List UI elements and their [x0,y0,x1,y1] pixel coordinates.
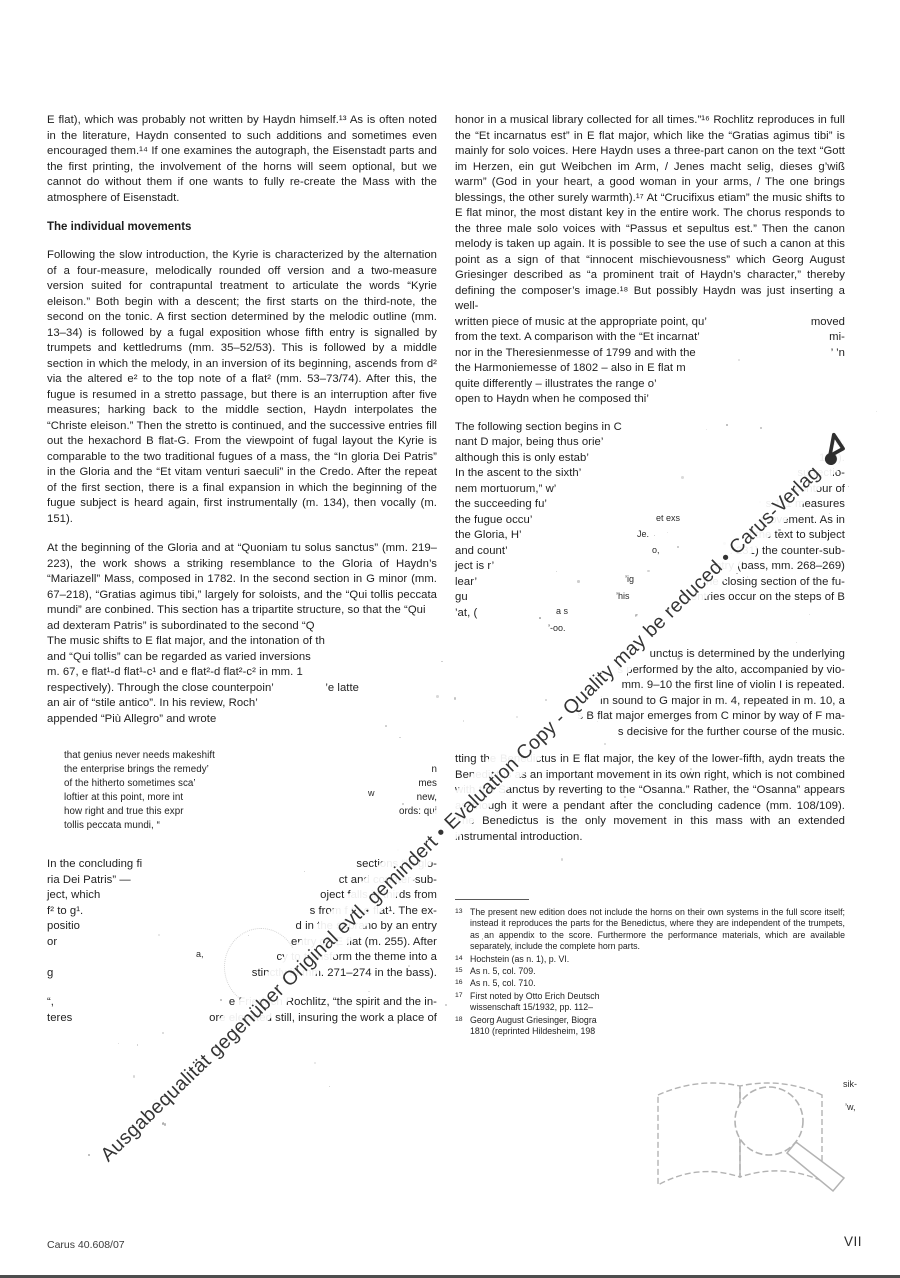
text-fragment: the succeeding fu’ [455,497,547,513]
text-line: loftier at this point, more intnew, [64,791,437,805]
text-line: an air of “stile antico”. In his review,… [47,696,437,712]
footnote-list: 13The present new edition does not inclu… [455,907,845,1037]
footnote-number: 13 [455,907,470,953]
text-fragment: In the concluding fi [47,857,142,873]
paragraph-horns: E flat), which was probably not written … [47,113,437,206]
text-line: open to Haydn when he composed thi’ [455,392,845,408]
text-line: the Gloria, H’f the text to subject [455,528,845,544]
text-line: and “Qui tollis” can be regarded as vari… [47,650,437,666]
text-fragment: ’e latte [325,681,359,697]
text-fragment: nant D major, being thus orie’ [455,435,603,451]
text-line: quite differently – illustrates the rang… [455,377,845,393]
fragmented-lines-gloria: ad dexteram Patris” is subordinated to t… [47,619,437,728]
text-fragment: ’his [616,591,630,601]
text-line: from the text. A comparison with the “Et… [455,330,845,346]
footnote-rule [455,899,529,900]
text-line: mm. 9–10 the first line of violin I is r… [455,678,845,694]
text-fragment: n [432,763,438,777]
text-fragment: a s [556,606,568,616]
text-fragment: of the hitherto sometimes sca’ [64,777,196,791]
text-fragment: the fugue occu’ [455,513,532,529]
text-fragment: although this is only estab’ [455,451,589,467]
footnote-text: The present new edition does not include… [470,907,845,953]
text-line: The music shifts to E flat major, and th… [47,634,437,650]
text-line: the Harmoniemesse of 1802 – also in E fl… [455,361,845,377]
text-fragment: o, [652,545,660,555]
right-column: honor in a musical library collected for… [455,113,845,1038]
text-line: nor in the Theresienmesse of 1799 and wi… [455,346,845,362]
fragmented-lines-sanctus: unctus is determined by the underlyings … [455,647,845,740]
text-fragment: mm. 9–10 the first line of violin I is r… [622,678,845,694]
text-fragment: appended “Più Allegro” and wrote [47,712,216,728]
text-fragment: s decisive for the further course of the… [618,725,845,741]
text-line: written piece of music at the appropriat… [455,315,845,331]
text-fragment: et exs [656,513,680,523]
text-fragment: entries occur on the steps of B [691,590,845,606]
book-magnifier-icon [648,1073,883,1218]
text-fragment: teres [47,1011,72,1027]
text-fragment: The following section begins in C [455,420,622,436]
text-fragment: nor in the Theresienmesse of 1799 and wi… [455,346,696,362]
text-fragment: s performed by the alto, accompanied by … [617,663,845,679]
fragmented-lines-credo: written piece of music at the appropriat… [455,315,845,408]
text-fragment: Je. [637,529,649,539]
text-line: the enterprise brings the remedy’n [64,763,437,777]
text-fragment: and “Qui tollis” can be regarded as vari… [47,650,311,666]
text-fragment: s B flat major emerges from C minor by w… [578,709,845,725]
text-fragment: in sound to G major in m. 4, repeated in… [600,694,845,710]
text-fragment: ject is r’ [455,559,494,575]
text-fragment: ’ ’n [831,346,845,362]
footnotes: 13The present new edition does not inclu… [455,899,845,1037]
text-fragment: unctus is determined by the underlying [650,647,845,663]
text-line: how right and true this exprords: qui [64,805,437,819]
footnote-number: 16 [455,978,470,989]
text-fragment: or [47,935,57,951]
footnote-number: 17 [455,991,470,1014]
text-line: ject is r’ntry (bass, mm. 268–269) [455,559,845,575]
text-line: respectively). Through the close counter… [47,681,437,697]
text-fragment: the enterprise brings the remedy’ [64,763,209,777]
text-line: that genius never needs makeshift [64,749,437,763]
footnote-number: 18 [455,1015,470,1038]
text-fragment: open to Haydn when he composed thi’ [455,392,649,408]
text-fragment: ad dexteram Patris” is subordinated to t… [47,619,315,635]
text-fragment: mi- [829,330,845,346]
text-fragment: new, [417,791,437,805]
paragraph-credo: honor in a musical library collected for… [455,113,845,315]
footnote-number: 14 [455,954,470,965]
text-fragment: f² to g¹. [47,904,83,920]
text-fragment: the Gloria, H’ [455,528,522,544]
text-fragment: a, [196,949,204,959]
text-fragment: positio [47,919,80,935]
footnote-number: 15 [455,966,470,977]
text-fragment: moved [811,315,845,331]
text-fragment: loftier at this point, more int [64,791,183,805]
text-line: m. 67, e flat¹-d flat¹-c¹ and e flat²-d … [47,665,437,681]
footnote-text: First noted by Otto Erich Deutsch wissen… [470,991,845,1014]
text-line: s B flat major emerges from C minor by w… [455,709,845,725]
footnote-text: Hochstein (as n. 1), p. VI. [470,954,845,965]
text-fragment: an air of “stile antico”. In his review,… [47,696,258,712]
footnote-entry: 15As n. 5, col. 709. [455,966,845,977]
text-line: The following section begins in C [455,420,845,436]
footnote-entry: 18Georg August Griesinger, Biogra 1810 (… [455,1015,845,1038]
text-line: of the hitherto sometimes sca’mes [64,777,437,791]
footnote-entry: 16As n. 5, col. 710. [455,978,845,989]
text-fragment: and count’ [455,544,508,560]
footnote-text: As n. 5, col. 710. [470,978,845,989]
section-heading: The individual movements [47,220,437,235]
text-fragment: quite differently – illustrates the rang… [455,377,657,393]
text-line: in sound to G major in m. 4, repeated in… [455,694,845,710]
text-fragment: lear’ [455,575,477,591]
text-fragment: respectively). Through the close counter… [47,681,274,697]
text-fragment: how right and true this expr [64,805,184,819]
text-line: although this is only estab’193). [455,451,845,467]
text-line: and count’. 231) the counter-sub- [455,544,845,560]
text-fragment: ’ig [625,574,634,584]
text-fragment: w [368,788,375,798]
footnote-entry: 13The present new edition does not inclu… [455,907,845,953]
text-fragment: “, [47,995,54,1011]
footnote-text: As n. 5, col. 709. [470,966,845,977]
text-fragment: nem mortuorum,” w’ [455,482,556,498]
text-fragment: gu [455,590,468,606]
footnote-entry: 14Hochstein (as n. 1), p. VI. [455,954,845,965]
text-line: s performed by the alto, accompanied by … [455,663,845,679]
block-quote-rochlitz: that genius never needs makeshiftthe ent… [47,749,437,833]
text-line: appended “Più Allegro” and wrote [47,712,437,728]
text-fragment: ject, which [47,888,100,904]
text-fragment: that genius never needs makeshift [64,749,215,763]
footnote-text: Georg August Griesinger, Biogra 1810 (re… [470,1015,845,1038]
document-page: E flat), which was probably not written … [0,0,900,1278]
footer-catalog-number: Carus 40.608/07 [47,1239,125,1251]
text-fragment: written piece of music at the appropriat… [455,315,707,331]
fragmented-lines-resurrexit: The following section begins in Cnant D … [455,420,845,622]
text-fragment: tollis peccata mundi, “ [64,819,160,833]
text-fragment: m. 67, e flat¹-d flat¹-c¹ and e flat²-d … [47,665,303,681]
text-fragment: ’-oo. [548,623,566,633]
text-line: nant D major, being thus orie’le, [455,435,845,451]
paragraph-kyrie: Following the slow introduction, the Kyr… [47,248,437,527]
text-fragment: the Harmoniemesse of 1802 – also in E fl… [455,361,686,377]
text-fragment: mes [418,777,437,791]
footnote-entry: 17First noted by Otto Erich Deutsch wiss… [455,991,845,1014]
text-line: lear’the closing section of the fu- [455,575,845,591]
page-number: VII [790,1234,862,1249]
text-fragment: from the text. A comparison with the “Et… [455,330,700,346]
text-fragment: ria Dei Patris” — [47,873,131,889]
text-line: tollis peccata mundi, “ [64,819,437,833]
text-fragment: The music shifts to E flat major, and th… [47,634,325,650]
text-fragment: In the ascent to the sixth’ [455,466,581,482]
text-fragment: ’at, ( [455,606,477,622]
text-line: ad dexteram Patris” is subordinated to t… [47,619,437,635]
paragraph-gloria: At the beginning of the Gloria and at “Q… [47,541,437,619]
text-fragment: g [47,966,53,982]
